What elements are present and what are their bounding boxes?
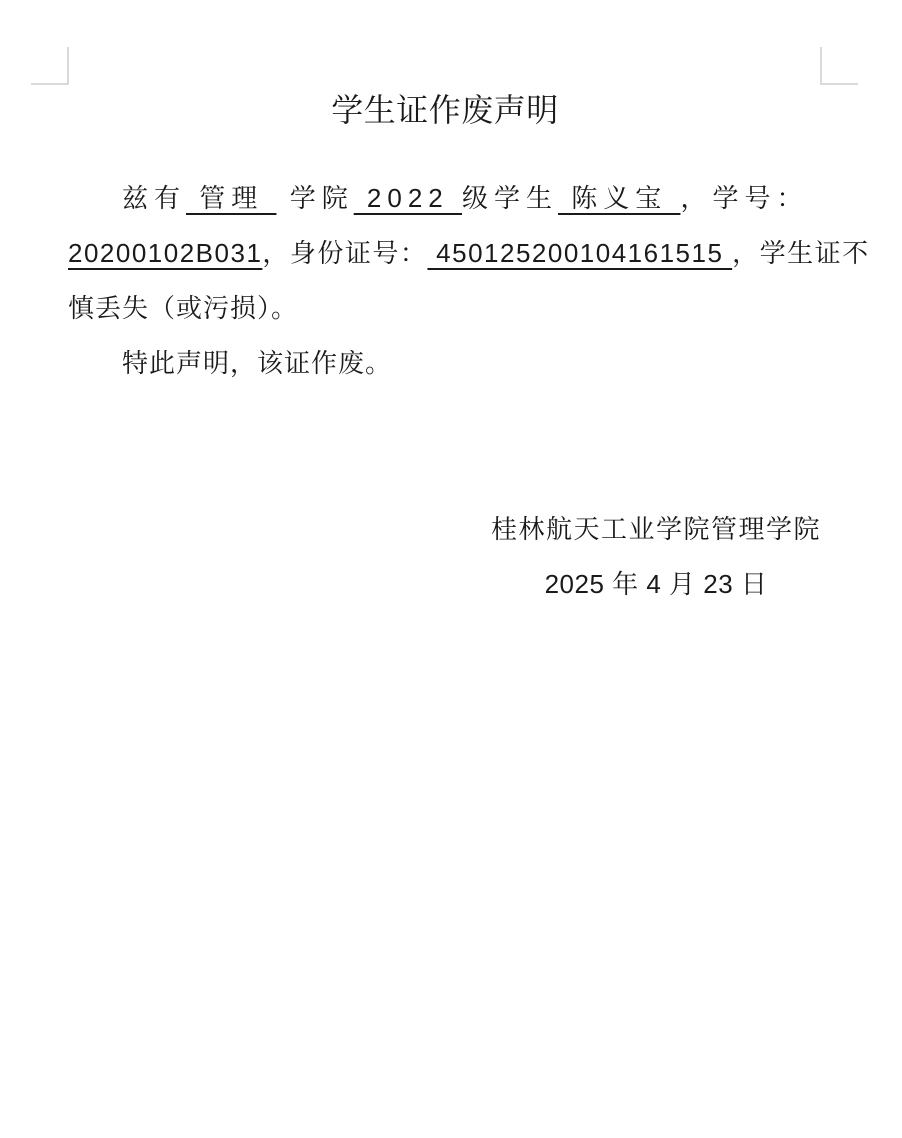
underlined-field-text: 管理 [186,183,276,213]
plain-text: 慎丢失（或污损）。 [68,293,298,323]
body-line-4: 特此声明，该证作废。 [68,346,882,380]
plain-text: ，学号： [680,183,808,213]
body-line-2: 20200102B031，身份证号： 450125200104161515 ，学… [68,236,828,270]
underlined-field-text: 20200102B031 [68,238,262,268]
plain-text: 级学生 [462,183,558,213]
plain-text: 特此声明，该证作废。 [122,348,392,378]
underlined-field-text: 陈义宝 [558,183,680,213]
underlined-field-text: 2022 [354,183,462,213]
plain-text: ，学生证不 [732,238,870,268]
plain-text: 兹有 [122,183,186,213]
page-corner-mark-right-icon [820,47,858,85]
body-line-3: 慎丢失（或污损）。 [68,291,828,325]
date-line: 2025 年 4 月 23 日 [486,567,826,601]
body-line-1: 兹有 管理 学院 2022 级学生 陈义宝 ，学号： [68,181,882,215]
signature-line: 桂林航天工业学院管理学院 [486,512,826,546]
plain-text: ，身份证号： [262,238,427,268]
page-corner-mark-left-icon [31,47,69,85]
document-title: 学生证作废声明 [68,90,822,130]
document-page: 学生证作废声明 兹有 管理 学院 2022 级学生 陈义宝 ，学号： 20200… [0,0,902,1138]
plain-text: 学院 [276,183,353,213]
underlined-field-text: 450125200104161515 [427,238,732,268]
